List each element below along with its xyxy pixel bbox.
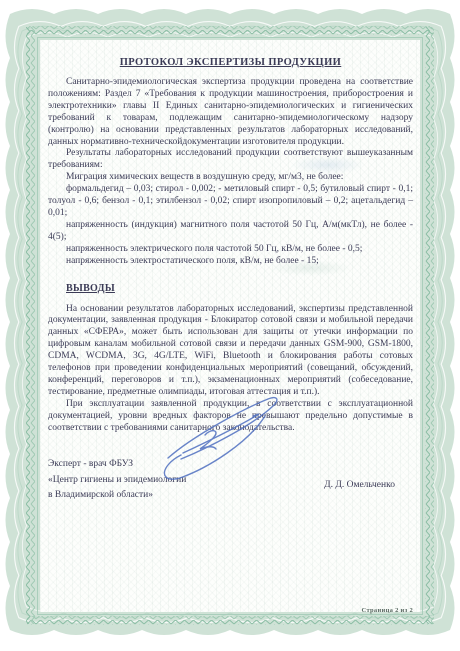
- paragraph-conclusion-safety: При эксплуатации заявленной продукции, в…: [48, 399, 413, 435]
- document-page: ПРОТОКОЛ ЭКСПЕРТИЗЫ ПРОДУКЦИИ Санитарно-…: [40, 40, 420, 612]
- paragraph-conclusion-usage: На основании результатов лабораторных ис…: [48, 304, 413, 399]
- document-title: ПРОТОКОЛ ЭКСПЕРТИЗЫ ПРОДУКЦИИ: [48, 57, 413, 68]
- paragraph-chemicals: формальдегид – 0,03; стирол - 0,002; - м…: [48, 184, 413, 220]
- expert-block: Эксперт - врач ФБУЗ «Центр гигиены и эпи…: [48, 457, 413, 504]
- page-number: Страница 2 из 2: [362, 607, 413, 614]
- expert-name: Д. Д. Омельченко: [324, 478, 395, 494]
- certificate-sheet: ПРОТОКОЛ ЭКСПЕРТИЗЫ ПРОДУКЦИИ Санитарно-…: [0, 0, 460, 651]
- paragraph-magnetic-field: напряженность (индукция) магнитного поля…: [48, 220, 413, 244]
- paragraph-sanitary-expertise: Санитарно-эпидемиологическая экспертиза …: [48, 77, 413, 148]
- paragraph-migration: Миграция химических веществ в воздушную …: [48, 172, 413, 184]
- paragraph-results: Результаты лабораторных исследований про…: [48, 148, 413, 172]
- paragraph-electric-field: напряженность электрического поля частот…: [48, 244, 413, 256]
- conclusions-heading: ВЫВОДЫ: [66, 283, 413, 294]
- paragraph-electrostatic-field: напряженность электростатического поля, …: [48, 256, 413, 268]
- expert-line-1: Эксперт - врач ФБУЗ: [48, 457, 413, 473]
